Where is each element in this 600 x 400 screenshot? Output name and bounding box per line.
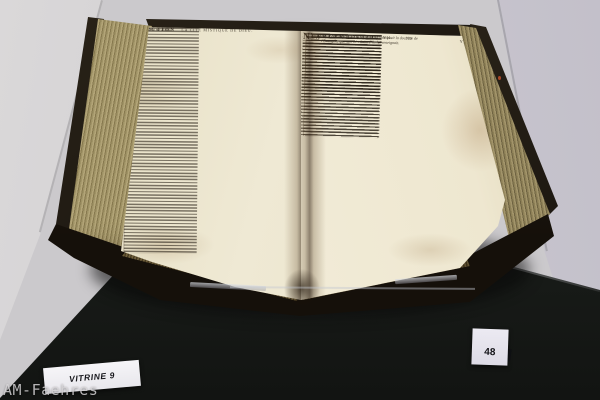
left-page-text: 322 LA CITE MISTIQUE DE DIEU. INSTRUCTIO… xyxy=(121,27,301,264)
exhibit-number-card: 48 xyxy=(471,328,508,365)
exhibit-number-text: 48 xyxy=(484,347,496,358)
photographer-watermark: AM-Faehres xyxy=(3,381,98,399)
museum-photo: 322 LA CITE MISTIQUE DE DIEU. INSTRUCTIO… xyxy=(0,0,600,400)
red-mark-on-edge xyxy=(498,76,501,80)
